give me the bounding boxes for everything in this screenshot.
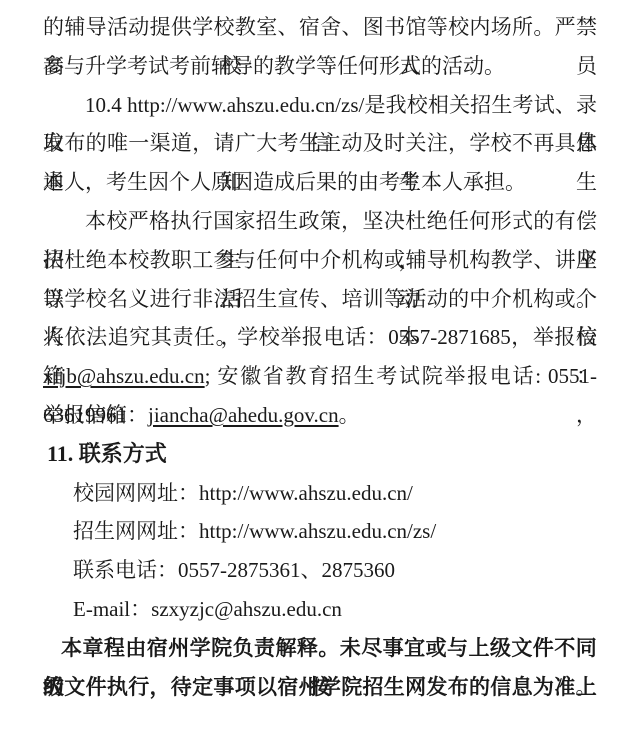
- paragraph-recruit-policy: 本校严格执行国家招生政策，坚决杜绝任何形式的有偿招生，坚决杜绝本校教职工参与任何…: [43, 202, 597, 435]
- paragraph-final-note: 本章程由宿州学院负责解释。未尽事宜或与上级文件不同的按上级文件执行，待定事项以宿…: [43, 629, 597, 707]
- text-line: xfjb@ahszu.edu.cn; 安徽省教育招生考试院举报电话: 0551-…: [43, 357, 597, 396]
- campus-site-line: 校园网网址：http://www.ahszu.edu.cn/: [73, 481, 413, 505]
- text-segment: 参与升学考试考前辅导的教学等任何形式的活动。: [43, 54, 505, 78]
- contact-phone-line: 联系电话：0557-2875361、2875360: [73, 558, 395, 582]
- text-line: 校园网网址：http://www.ahszu.edu.cn/: [43, 474, 597, 513]
- text-line: E-mail：szxyzjc@ahszu.edu.cn: [43, 590, 597, 629]
- text-line: 本人，考生因个人原因造成后果的由考生本人承担。: [43, 163, 597, 202]
- report-email-link[interactable]: xfjb@ahszu.edu.cn: [43, 364, 205, 388]
- text-line: 招生网网址：http://www.ahszu.edu.cn/zs/: [43, 512, 597, 551]
- text-line: 以学校名义进行非法招生宣传、培训等活动的中介机构或个人，本校: [43, 280, 597, 319]
- province-report-email-link[interactable]: jiancha@ahedu.gov.cn: [148, 403, 339, 427]
- text-line: 本章程由宿州学院负责解释。未尽事宜或与上级文件不同的按上: [43, 629, 597, 668]
- text-line: 的辅导活动提供学校教室、宿舍、图书馆等校内场所。严禁高校人员: [43, 8, 597, 47]
- text-line: 决杜绝本校教职工参与任何中介机构或辅导机构教学、讲座等活动。: [43, 241, 597, 280]
- text-line: 级文件执行，待定事项以宿州学院招生网发布的信息为准。: [43, 668, 597, 707]
- text-segment: 本人，考生因个人原因造成后果的由考生本人承担。: [43, 170, 526, 194]
- admissions-site-line: 招生网网址：http://www.ahszu.edu.cn/zs/: [73, 519, 436, 543]
- text-line: 10.4 http://www.ahszu.edu.cn/zs/是我校相关招生考…: [43, 86, 597, 125]
- text-segment: 举报信箱：: [43, 403, 148, 427]
- text-segment: 。: [339, 403, 360, 427]
- document-content: 的辅导活动提供学校教室、宿舍、图书馆等校内场所。严禁高校人员参与升学考试考前辅导…: [0, 0, 630, 706]
- text-line: 11. 联系方式: [43, 435, 597, 474]
- text-segment: 。: [576, 675, 597, 699]
- section-heading-text: 11. 联系方式: [47, 441, 167, 466]
- text-line: 联系电话：0557-2875361、2875360: [43, 551, 597, 590]
- paragraph-official-channel: 10.4 http://www.ahszu.edu.cn/zs/是我校相关招生考…: [43, 86, 597, 202]
- document-page: 的辅导活动提供学校教室、宿舍、图书馆等校内场所。严禁高校人员参与升学考试考前辅导…: [0, 0, 630, 733]
- section-heading-contact: 11. 联系方式: [43, 435, 597, 474]
- contact-email-line: E-mail：szxyzjc@ahszu.edu.cn: [73, 597, 342, 621]
- paragraph-tutoring-ban: 的辅导活动提供学校教室、宿舍、图书馆等校内场所。严禁高校人员参与升学考试考前辅导…: [43, 8, 597, 86]
- text-line: 将依法追究其责任。学校举报电话：0557-2871685，举报信箱：: [43, 318, 597, 357]
- text-segment: 级文件执行，待定事项以宿州学院招生网发布的信息为准: [43, 675, 576, 699]
- text-line: 本校严格执行国家招生政策，坚决杜绝任何形式的有偿招生，坚: [43, 202, 597, 241]
- text-line: 发布的唯一渠道，请广大考生主动及时关注，学校不再具体通知考生: [43, 124, 597, 163]
- paragraph-contact-details: 校园网网址：http://www.ahszu.edu.cn/招生网网址：http…: [43, 474, 597, 629]
